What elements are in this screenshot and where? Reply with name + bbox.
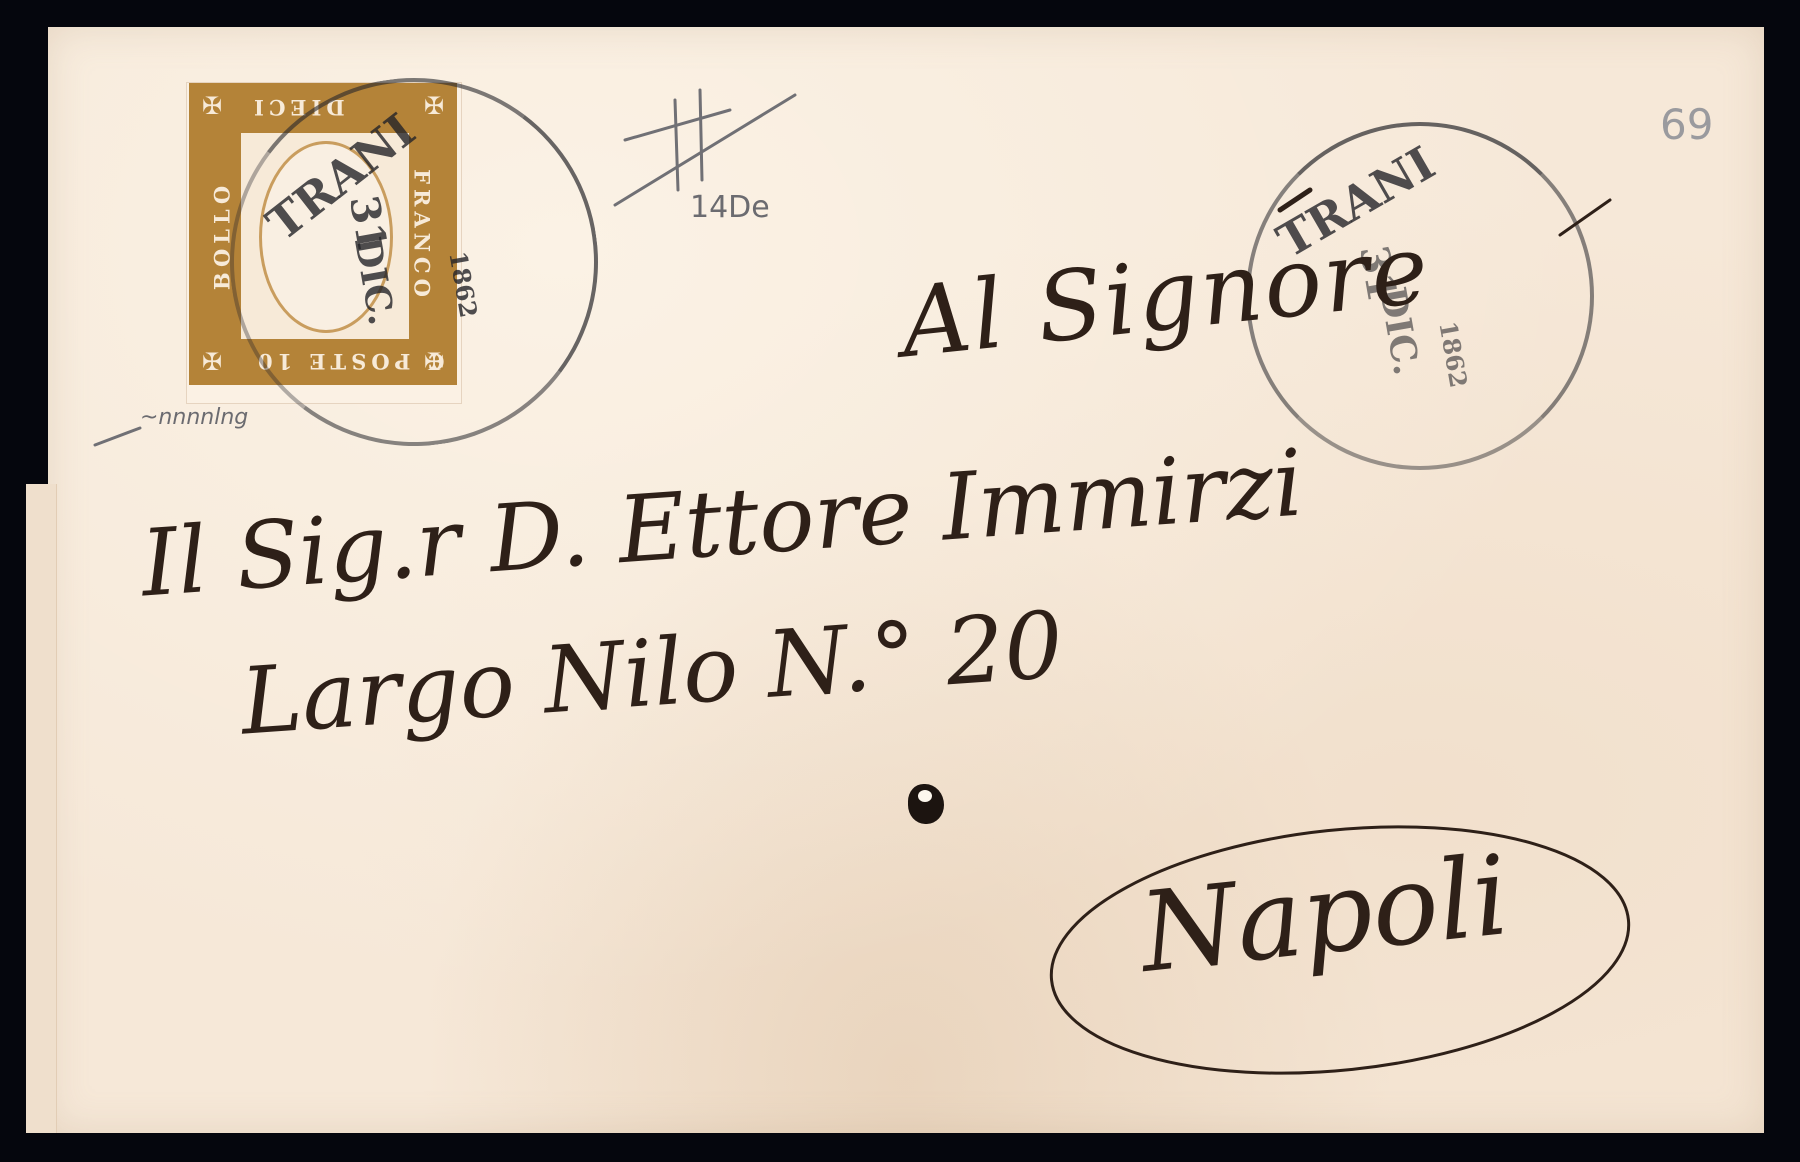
- pencil-number-note: 69: [1660, 100, 1713, 149]
- ink-blot-hole: [908, 784, 944, 824]
- pencil-date-note: 14De: [690, 190, 770, 225]
- pencil-scribble-note: ~nnnnlng: [140, 405, 248, 430]
